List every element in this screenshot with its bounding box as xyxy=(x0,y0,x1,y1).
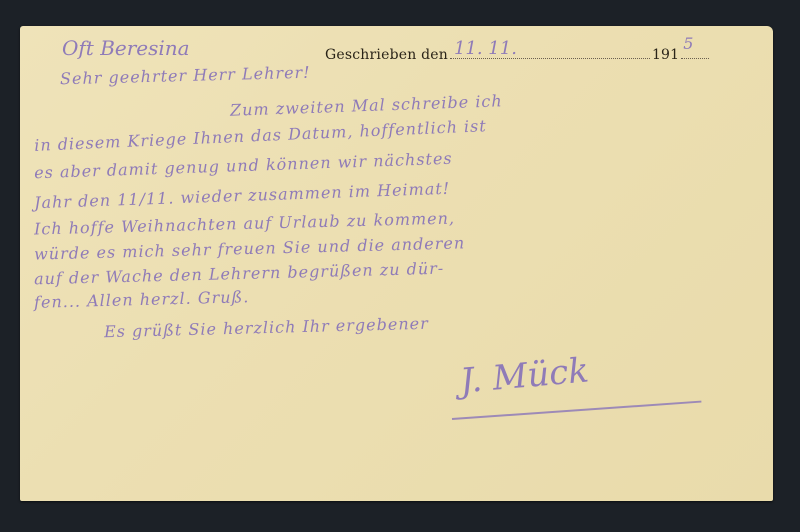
letter-line: Ich hoffe Weihnachten auf Urlaub zu komm… xyxy=(34,208,455,238)
letter-line: Zum zweiten Mal schreibe ich xyxy=(230,91,503,120)
letter-line: auf der Wache den Lehrern begrüßen zu dü… xyxy=(34,259,445,289)
date-dotted-line: 11. 11. xyxy=(450,44,650,59)
signature: J. Mück xyxy=(459,350,591,401)
letter-line: Sehr geehrter Herr Lehrer! xyxy=(60,63,311,89)
letter-line: es aber damit genug und können wir nächs… xyxy=(34,149,453,183)
date-header: Geschrieben den 11. 11. 191 5 xyxy=(325,44,709,68)
handwritten-year-digit: 5 xyxy=(683,34,693,53)
signature-underline xyxy=(452,401,702,420)
letter-line: fen... Allen herzl. Gruß. xyxy=(34,287,250,312)
postcard: Oft Beresina Geschrieben den 11. 11. 191… xyxy=(20,26,773,501)
handwritten-date: 11. 11. xyxy=(454,38,517,59)
letter-line: Es grüßt Sie herzlich Ihr ergebener xyxy=(104,314,429,341)
handwritten-place: Oft Beresina xyxy=(62,36,190,60)
printed-year: 191 xyxy=(652,47,679,63)
printed-label: Geschrieben den xyxy=(325,47,448,63)
letter-line: Jahr den 11/11. wieder zusammen im Heima… xyxy=(34,179,451,213)
year-dotted-line: 5 xyxy=(681,44,709,59)
